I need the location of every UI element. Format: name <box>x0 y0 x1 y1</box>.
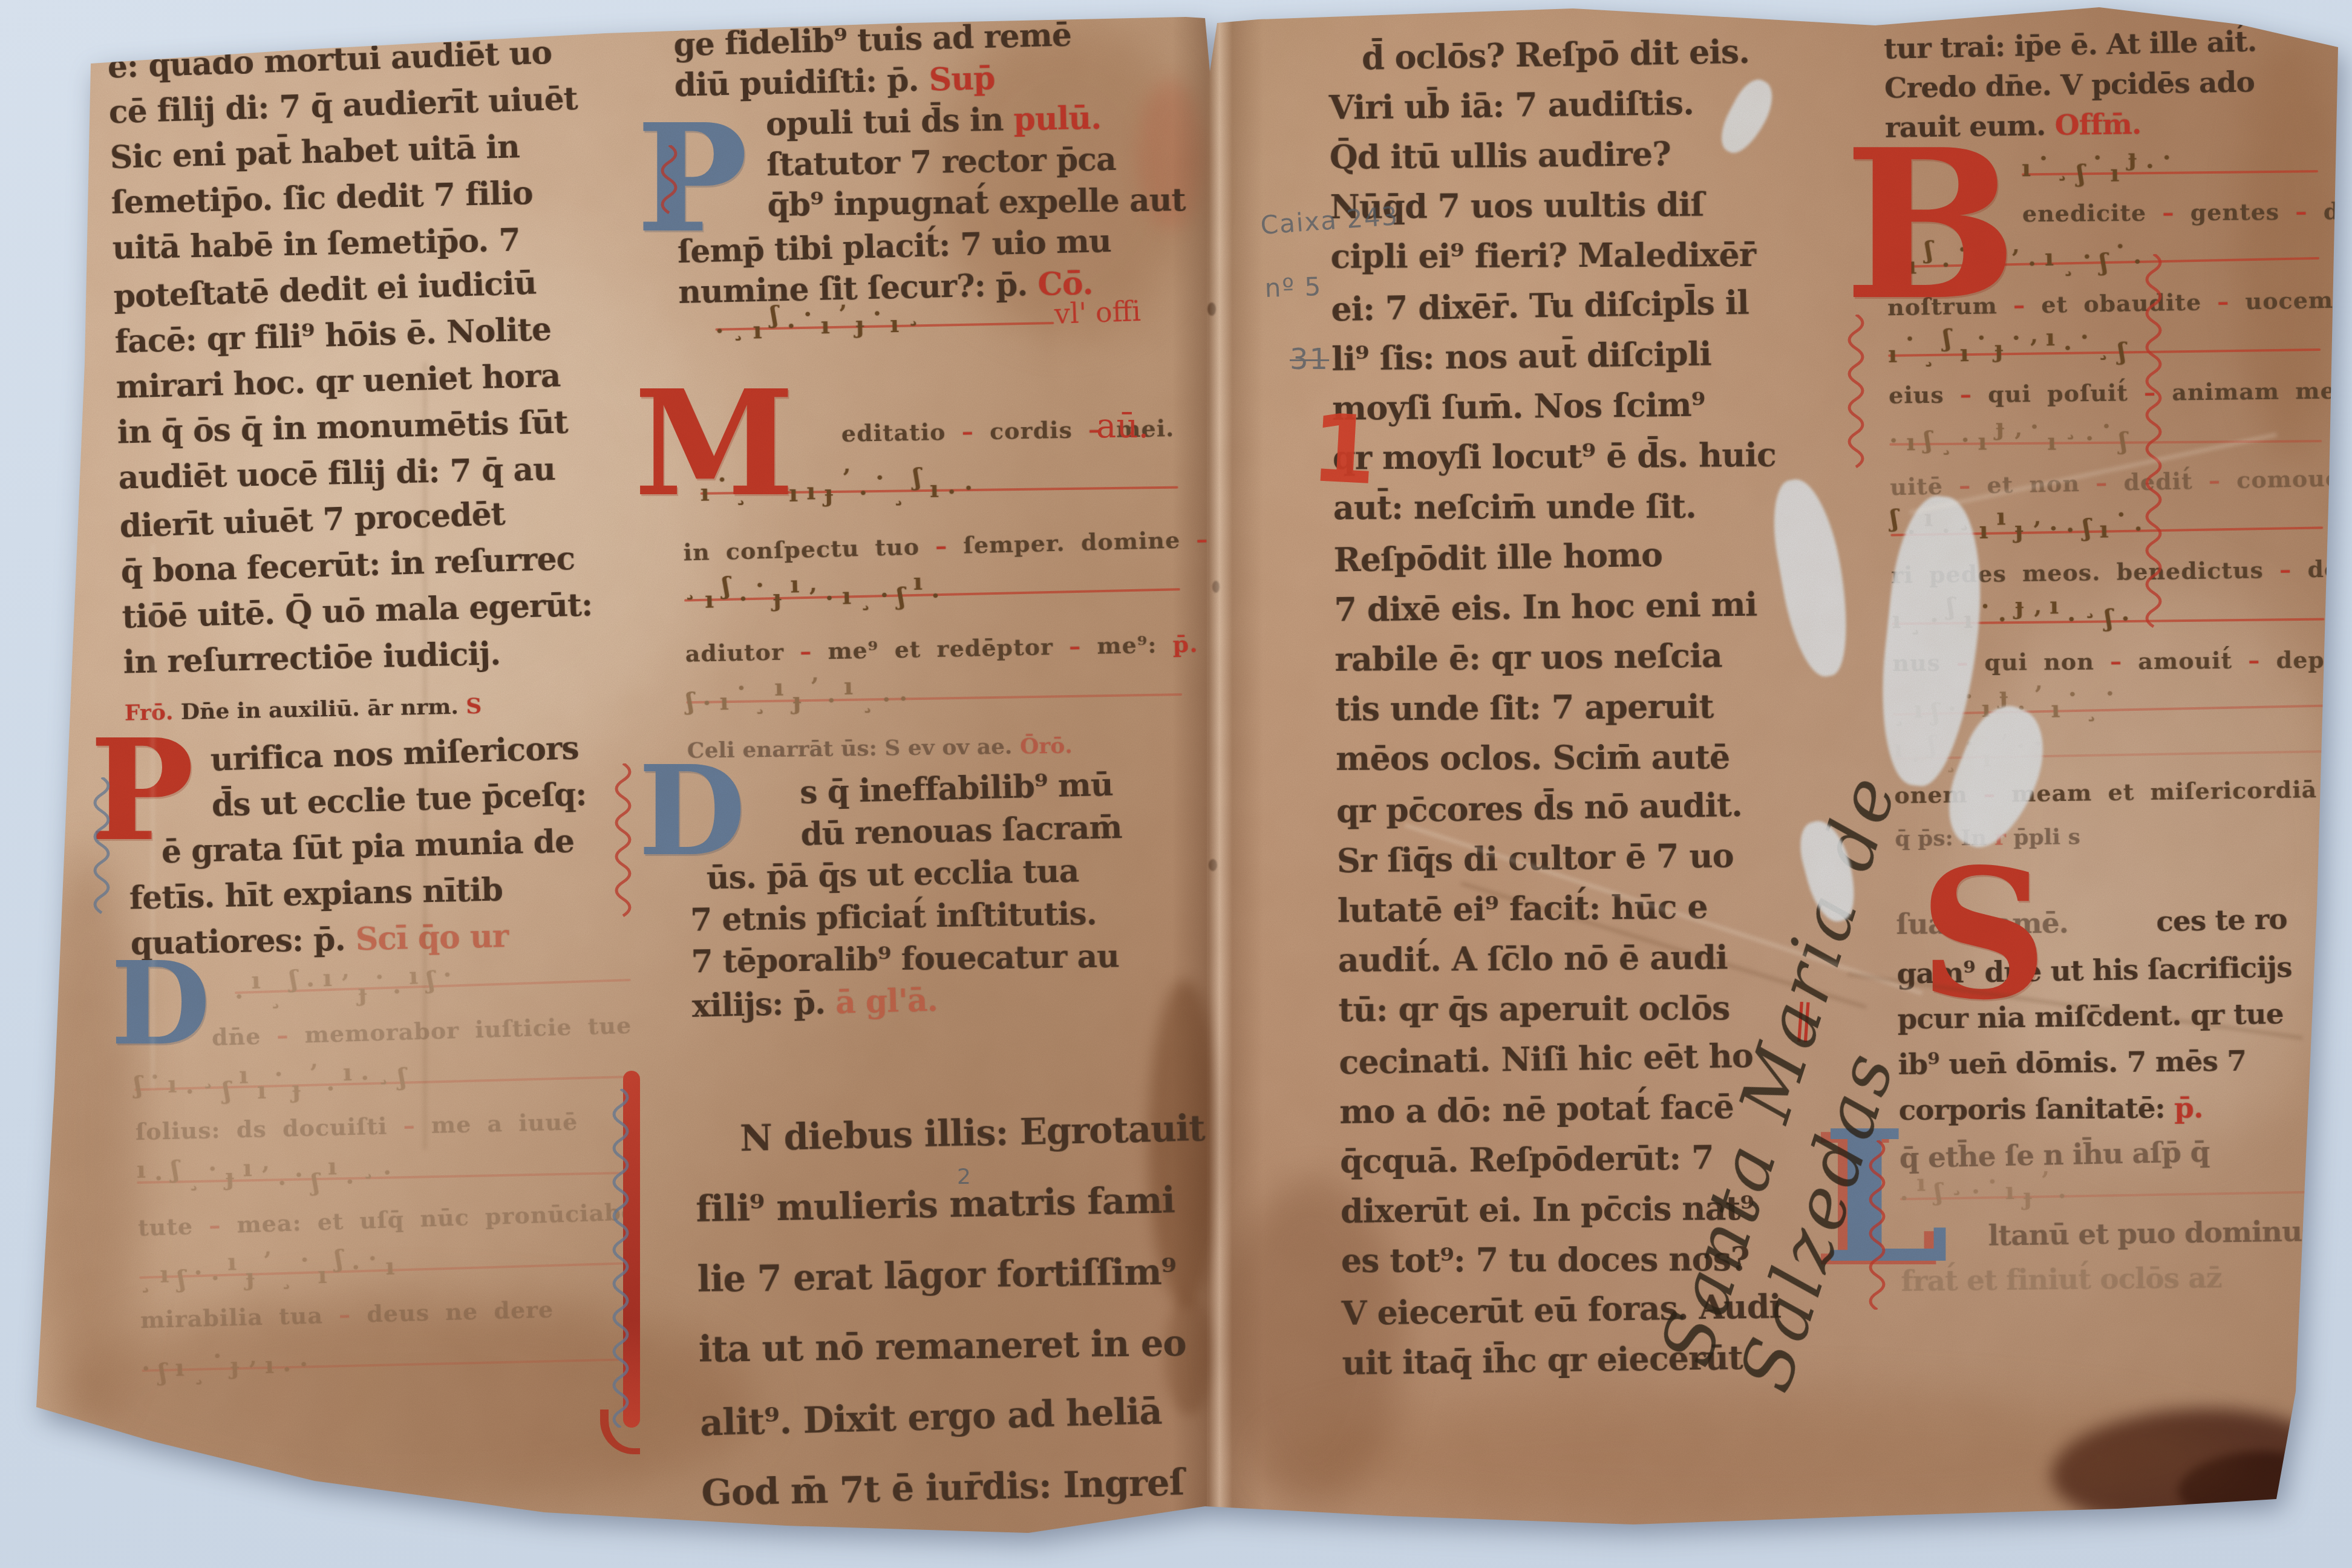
body-text: uocem laudi <box>2245 284 2352 315</box>
neume: ¸ <box>2062 249 2083 278</box>
rubric-text: p̄. <box>1172 630 1198 658</box>
text-line: lutatē ei⁹ facit́: hūc e <box>1337 887 1708 930</box>
neume: ɟ <box>225 1162 243 1191</box>
rubric-text: – <box>2279 198 2324 226</box>
neume: ʃ <box>2118 337 2135 365</box>
body-text: enedicite <box>2022 199 2147 227</box>
initial-letter-D: D <box>111 959 211 1048</box>
text-line: d̄ oclōs? Reſpō dit eis. <box>1361 32 1749 77</box>
pencil-annotation: nº 5 <box>1264 272 1322 303</box>
text-line: audit́. A ſc̄lo nō ē audi <box>1338 938 1727 979</box>
body-text: dn̄e <box>211 1022 261 1051</box>
neume: · <box>278 1169 295 1198</box>
neume: · <box>2039 144 2056 172</box>
body-text: amouit́ <box>2138 647 2232 675</box>
neume: ı <box>243 1154 261 1183</box>
music-staff-line: ¸ı ʃ· · ıɟ ʼ¸ ·ı ʃ ·· ı <box>139 1252 403 1296</box>
neume: ¸ <box>2056 153 2077 181</box>
neume: · <box>2066 515 2083 544</box>
neume: · <box>368 1244 385 1273</box>
neume-marks: ¸ ıʃ ·· ɟı ʼ ·ı ¸· ʃ ı· <box>684 583 949 618</box>
neume: ʃ <box>289 964 307 993</box>
neume: ʼ <box>2040 1166 2058 1195</box>
pen-flourish <box>1839 315 1873 472</box>
rubric-text: – <box>192 1211 237 1240</box>
text-line: cecinati. Niſi hic eēt ho <box>1339 1036 1754 1082</box>
neume: · <box>2049 514 2066 543</box>
rubric-text: S <box>466 693 482 719</box>
neume: · <box>786 312 804 341</box>
neume: · <box>737 673 754 702</box>
pen-flourish <box>2137 254 2171 641</box>
neume: ʼ <box>2032 516 2050 544</box>
neume: · <box>2080 322 2097 351</box>
manuscript-bifolium: e: quado mortui audiēt uocē filij di: 7 … <box>0 0 2352 1568</box>
neume: ı <box>890 309 908 338</box>
neume: · <box>374 962 392 991</box>
neume: ɟ <box>245 1263 264 1292</box>
neume: ¸ <box>1950 1168 1971 1197</box>
neume: ʃ <box>426 965 444 995</box>
text-line: ces te ro <box>2156 903 2288 938</box>
neume: ı <box>2005 1177 2023 1205</box>
red-rubric-mark: aū. <box>1096 407 1149 446</box>
text-line: moyſi ſum̄. Nos ſcim⁹ <box>1332 385 1705 428</box>
neume: · <box>2115 232 2133 261</box>
neume: ¸ <box>188 1163 209 1192</box>
text-line: qr pc̄cores d̄s nō audit. <box>1336 785 1743 831</box>
neume: · <box>2105 679 2123 708</box>
neume: ʃ <box>913 463 930 491</box>
neume: ʃ <box>158 1357 175 1387</box>
neume: ı <box>774 673 792 701</box>
neume: ¸ <box>861 685 883 714</box>
body-text: gentes <box>2190 198 2280 226</box>
neume: · <box>2121 604 2138 633</box>
neume: · <box>213 1341 230 1370</box>
neume: ¸ <box>684 572 705 601</box>
neume: · <box>931 581 949 610</box>
neume-marks: ¸ı ʃ· · ıɟ ʼ¸ ·ı ʃ ·· ı <box>139 1258 404 1295</box>
neume: ¸ <box>732 313 753 342</box>
neume: ı <box>1996 502 2014 531</box>
neume: · <box>859 479 877 507</box>
neume: · <box>326 1074 344 1103</box>
neume: · <box>283 1355 300 1384</box>
neume: ı <box>256 1076 275 1105</box>
stain <box>1270 1391 2238 1524</box>
pencil-annotation: 2 <box>957 1165 972 1189</box>
neume: · <box>2030 413 2047 441</box>
initial-letter-D: D <box>638 763 746 860</box>
body-text: meam et miſericordiā <box>2011 776 2318 807</box>
body-text: comoueri <box>2236 464 2352 494</box>
pen-flourish <box>85 777 119 916</box>
neume: · <box>1988 1167 2005 1195</box>
neume: ı <box>705 585 723 614</box>
neume: · <box>739 584 756 613</box>
neume-marks: ı· ¸ ʃ ·ı ɟ ·· <box>2022 158 2180 189</box>
rubric-text: – <box>2232 646 2276 674</box>
text-line: ib⁹ uen̄ dōmis. 7 mēs 7 <box>1898 1045 2246 1082</box>
pencil-annotation: 31 <box>1290 342 1329 376</box>
neume: ʃ <box>770 301 787 330</box>
neume: ɟ <box>230 1351 249 1380</box>
body-text: adiutor <box>685 638 784 667</box>
neume: ı <box>753 316 771 345</box>
neume: ʃ <box>223 1076 240 1105</box>
neume: ı <box>327 1152 345 1181</box>
neume: ı <box>408 961 427 990</box>
neume: · <box>2063 333 2081 362</box>
parchment-sheet: e: quado mortui audiēt uocē filij di: 7 … <box>0 0 2352 1568</box>
neume-marks: · ı¸ ʃ ·ı ʼ ɟ ·· ı ʃ· <box>234 974 461 1010</box>
neume-marks: ʃ· ı · ¸ʃ ıı ·ɟ ʼ· ı ·¸ ʃ <box>134 1071 416 1106</box>
body-text: xilijs: p̄. <box>691 984 836 1025</box>
rubric-text: pulū. <box>1013 99 1102 138</box>
neume: ɟ <box>292 1074 310 1103</box>
neume: ı <box>719 687 737 715</box>
text-line: q̄b⁹ inpugnat́ expelle aut <box>767 181 1186 224</box>
neume-marks: ·¸ ı ʃ ·· ıʼ ɟ· ı¸ <box>715 314 929 347</box>
neume: ʃ <box>1890 504 1907 532</box>
neume: ¸ <box>192 1357 214 1386</box>
neume: · <box>2146 152 2163 180</box>
neume: · <box>154 1164 172 1193</box>
neume: · <box>715 316 733 345</box>
neume: ɟ <box>2128 143 2146 172</box>
initial-letter-M: M <box>634 387 795 500</box>
neume: ı <box>175 1353 193 1382</box>
rubric-text: – <box>2192 466 2236 494</box>
neume: ı <box>2047 427 2065 456</box>
text-line: ltanū et puo dominus <box>1988 1215 2318 1253</box>
center-fold-crease <box>1172 11 1263 1523</box>
rubric-text: – <box>387 1111 431 1140</box>
text-line: cipli ei⁹ fieri? Maledixēr̄ <box>1330 235 1756 276</box>
neume: ʃ <box>897 582 913 611</box>
neume: · <box>2057 1182 2075 1210</box>
rubric-text: – <box>2201 287 2246 315</box>
initial-letter-B: B <box>1844 145 2017 305</box>
stain <box>33 847 142 1422</box>
text-line: Sr ſiq̄s di cultor ē 7 uo <box>1336 836 1734 880</box>
neume: ¸ <box>139 1265 160 1294</box>
body-text: ſolius: ds docuiſti <box>135 1112 387 1146</box>
rubric-text: – <box>919 532 964 560</box>
neume: ı <box>2099 515 2117 543</box>
neume: ʃ <box>2077 159 2094 188</box>
body-text: opuli tui d̄s in <box>765 101 1014 143</box>
neume: · <box>2067 604 2084 633</box>
text-line: eius – qui poſuit́ – animam meam <box>1889 376 2352 409</box>
neume: · <box>2085 424 2102 452</box>
neume: ¸ <box>907 298 929 327</box>
text-line: q̄cquā. Reſpōderūt: 7 <box>1340 1138 1714 1180</box>
text-line: dū renouas ſacram̄ <box>800 809 1122 853</box>
neume: ʼ <box>309 1059 326 1088</box>
neume: ʃ <box>686 687 703 716</box>
neume: · <box>383 1158 400 1187</box>
neume: ʃ <box>171 1155 188 1184</box>
neume: ¸ <box>362 1151 383 1180</box>
music-staff-line: · ı¸ ʃ ·ı ʼ ɟ ·· ı ʃ· <box>234 967 461 1011</box>
neume: · <box>827 686 844 714</box>
rubric-text: – <box>1943 471 1987 499</box>
text-line: Q̄d itū ullis audire? <box>1329 134 1671 177</box>
text-line: aut̄: neſcim̄ unde ſit. <box>1333 487 1696 528</box>
neume: · <box>882 685 900 713</box>
text-line: 7 dixē eis. In hoc eni mi <box>1334 585 1757 630</box>
neume: · <box>274 1059 292 1088</box>
neume: ¸ <box>280 1261 301 1290</box>
neume: ʼ <box>810 672 828 701</box>
rubric-text: – <box>261 1021 305 1050</box>
neume: ı <box>2050 591 2068 619</box>
neume: ¸ <box>377 1057 398 1086</box>
neume: ı <box>251 965 270 995</box>
neume: ı <box>227 1247 246 1276</box>
rubric-text: – <box>2080 469 2124 497</box>
body-text: me⁹: <box>1097 630 1173 659</box>
body-text: editatio <box>841 418 946 447</box>
neume: ı <box>136 1155 154 1184</box>
neume: ¸ <box>2085 694 2106 723</box>
neume: ʼ <box>808 583 825 612</box>
neume: ı <box>843 672 861 701</box>
rubric-text: Ōrō. <box>1020 733 1073 759</box>
neume: ʃ <box>177 1264 195 1293</box>
rubric-text: Sup̄ <box>929 60 995 98</box>
body-text: tute <box>137 1212 193 1241</box>
neume: · <box>964 474 982 502</box>
text-line: xilijs: p̄. ā gl'ā. <box>691 982 938 1025</box>
neume: ı <box>318 1261 336 1290</box>
body-text: me⁹ et redēptor <box>828 633 1053 664</box>
body-text: et non <box>1987 469 2080 498</box>
neume: ʼ <box>248 1356 266 1385</box>
neume: · <box>880 581 897 610</box>
neume: ı <box>342 1058 361 1087</box>
neume: ɟ <box>2014 515 2033 543</box>
neume: ı <box>322 964 341 993</box>
neume: ¸ <box>269 981 291 1010</box>
neume: ı <box>2045 322 2063 351</box>
neume: · <box>1971 1177 1988 1206</box>
text-line: mēos oclos. Scim̄ autē <box>1336 737 1730 778</box>
neume: ı <box>168 1070 186 1099</box>
neume: · <box>305 970 323 999</box>
text-line: enedicite – gentes – dominū deū <box>2022 196 2352 227</box>
text-line: opuli tui d̄s in pulū. <box>765 99 1101 143</box>
neume: ʼ <box>2029 334 2047 362</box>
neume: ı <box>2022 154 2040 182</box>
music-staff-line: ¸ ıʃ ·· ɟı ʼ ·ı ¸· ʃ ı· <box>684 577 949 619</box>
neume: · <box>392 977 410 1006</box>
rubric-text: – <box>2094 647 2138 675</box>
body-text: mirabilia tua <box>140 1301 324 1333</box>
text-line: lie 7 erat lāgor fortiſſim⁹ <box>697 1251 1177 1301</box>
neume: ɟ <box>2014 592 2033 620</box>
body-text: domi <box>2307 555 2352 583</box>
neume: ɟ <box>773 583 791 612</box>
rubric-text: ā gl'ā. <box>835 982 938 1021</box>
neume: · <box>755 570 773 599</box>
neume: ʃ <box>2119 427 2136 456</box>
rubric-text: Scī q̄o ur <box>355 918 509 958</box>
neume: ı <box>1979 515 1997 544</box>
neume: ʃ <box>398 1062 415 1091</box>
neume: · <box>194 1258 211 1287</box>
music-staff-line: ʃ· ı · ¸ʃ ıı ·ɟ ʼ· ı ·¸ ʃ <box>134 1064 415 1108</box>
red-crayon-numeral: 1 <box>1308 393 1379 506</box>
body-text: cordis <box>990 416 1073 445</box>
neume: · <box>2093 143 2110 172</box>
neume-marks: ʃ· ı ·¸ ı ɟʼ ·ı ¸ ·· <box>686 687 916 719</box>
neume: · <box>2162 143 2179 171</box>
neume: ı <box>2051 694 2069 724</box>
rubric-text: – <box>946 417 990 445</box>
neume: ɟ <box>1995 413 2013 441</box>
rubric-text: – <box>783 637 828 665</box>
neume: · <box>211 1263 228 1292</box>
body-text: deprecati <box>2276 645 2352 674</box>
body-text: qui non <box>1984 648 2094 676</box>
music-staff-line: ʃ· ı ·¸ ı ɟʼ ·ı ¸ ·· <box>686 681 916 721</box>
neume: ı <box>806 477 825 505</box>
neume: · <box>899 684 916 713</box>
photo-of-manuscript: { "meta": { "description": "Photograph o… <box>0 0 2352 1568</box>
pen-flourish <box>606 763 640 927</box>
body-text: qui poſuit́ <box>1988 379 2128 408</box>
neume-marks: · ʃı ¸ · ɟ ʼı ·· <box>142 1355 317 1388</box>
neume: · <box>2028 249 2045 278</box>
music-staff-line: · ıʃ ¸· ı ɟʼ ·ı ¸ ··ʃ <box>1889 425 2136 460</box>
neume: ʃ <box>1924 426 1941 454</box>
neume: · <box>1889 426 1906 455</box>
music-staff-line: ı· ¸ ʃ ·ı ɟ ·· <box>2022 155 2180 190</box>
neume: ʼ <box>838 299 855 328</box>
neume: · <box>947 477 965 506</box>
neume: · <box>345 1168 363 1197</box>
neume: ¸ <box>1940 428 1961 456</box>
neume: ʃ <box>134 1071 151 1100</box>
neume: ı <box>841 581 860 610</box>
neume: ¸ <box>892 478 913 506</box>
text-line: tis unde ſit: 7 aperuit <box>1335 687 1714 728</box>
text-line: ſtatutor 7 rector p̄ca <box>766 141 1116 183</box>
rubric-text: Offm̄. <box>2054 108 2141 142</box>
neume: · <box>1998 605 2015 633</box>
pen-flourish <box>604 1089 638 1428</box>
music-staff-line: ·¸ ı ʃ ·· ıʼ ɟ· ı¸ <box>715 307 929 348</box>
neume: · <box>185 1077 203 1106</box>
neume: ı <box>820 311 838 340</box>
neume: · <box>2068 680 2085 709</box>
body-text: animam meam <box>2172 376 2352 406</box>
neume: ı <box>2110 159 2128 188</box>
body-text: et obaudite <box>2041 288 2202 318</box>
text-line: li⁹ ſis: nos aut̄ diſcipli <box>1331 334 1711 378</box>
neume: ı <box>1906 428 1924 456</box>
neume: ¸ <box>2084 590 2105 619</box>
neume: · <box>2117 500 2134 529</box>
body-text: dominū deū <box>2324 196 2352 224</box>
neume: ʼ <box>2033 605 2050 633</box>
neume: ı <box>913 567 931 596</box>
neume: · <box>351 1253 369 1282</box>
text-line: 7 etnis pficiat́ inſtitutis. <box>690 895 1097 939</box>
neume: · <box>294 1160 312 1189</box>
rubric-text: – <box>322 1300 367 1328</box>
text-line: ūs. p̄ā q̄s ut ecclia tua <box>706 852 1079 897</box>
pen-flourish <box>652 145 686 224</box>
neume: ¸ <box>2097 333 2118 361</box>
neume: · <box>872 299 890 328</box>
neume: ¸ <box>860 583 881 612</box>
text-line: 7 tēporalib⁹ fouecatur au <box>691 938 1119 980</box>
neume-marks: ı ·ʃ ¸· ɟı ʼ ·· ʃ ı· ¸ · <box>137 1166 400 1200</box>
neume: ı <box>159 1259 178 1289</box>
neume: · <box>825 583 842 612</box>
neume: ʃ <box>335 1244 352 1273</box>
neume: ʃ <box>2083 514 2100 542</box>
neume: · <box>361 1063 378 1093</box>
neume: ʼ <box>340 969 358 998</box>
neume: ı <box>930 474 948 503</box>
neume: · <box>2102 412 2119 440</box>
neume: · <box>875 463 893 492</box>
text-line: ei: 7 dixēr̄. Tu diſcipl̄s il <box>1331 283 1749 329</box>
neume: ʃ <box>312 1168 328 1197</box>
neume: · <box>299 1350 316 1379</box>
rubric-text: p̄. <box>2174 1091 2203 1125</box>
text-line: rabile ē: qr uos neſcia <box>1334 636 1722 679</box>
text-line: Viri ub̄ iā: 7 audiſtis. <box>1328 83 1694 127</box>
neume: ɟ <box>358 978 376 1007</box>
neume: ʼ <box>2013 427 2030 456</box>
rubric-text: – <box>2264 555 2308 583</box>
neume: ɟ <box>792 687 810 715</box>
rubric-text: – <box>1053 632 1097 660</box>
neume: · <box>803 300 821 329</box>
neume: ʼ <box>263 1246 280 1275</box>
text-line: mo a dō: nē potat́ facē <box>1339 1087 1734 1131</box>
neume: · <box>702 688 720 717</box>
text-line: Reſpōdit ille homo <box>1333 535 1662 580</box>
rubric-text: – <box>1944 381 1988 408</box>
neume: ʃ <box>2105 604 2122 632</box>
body-text: eius <box>1889 381 1944 409</box>
music-staff-line: ı ·ʃ ¸· ɟı ʼ ·· ʃ ı· ¸ · <box>137 1159 400 1201</box>
neume: ʼ <box>261 1161 278 1191</box>
neume: · <box>2083 242 2100 271</box>
neume: ı <box>2044 243 2062 272</box>
neume: ı <box>790 570 808 599</box>
neume: · <box>234 982 252 1011</box>
neume-marks: · ıʃ ¸· ı ɟʼ ·ı ¸ ··ʃ <box>1889 428 2136 459</box>
text-line: Credo dn̄e. V pcidēs ado <box>1884 65 2255 105</box>
neume: ʼ <box>2033 681 2051 710</box>
neume: · <box>1961 425 1978 454</box>
red-rubric-mark: vl' offi <box>1054 295 1142 330</box>
neume: ʼ <box>841 464 859 492</box>
neume: ʃ <box>2100 248 2117 277</box>
neume: · <box>300 1246 318 1275</box>
neume: ɟ <box>2023 1182 2041 1210</box>
text-line: qr moyſi locut⁹ ē d̄s. huic <box>1333 435 1776 477</box>
rubric-text: – <box>1180 525 1209 553</box>
